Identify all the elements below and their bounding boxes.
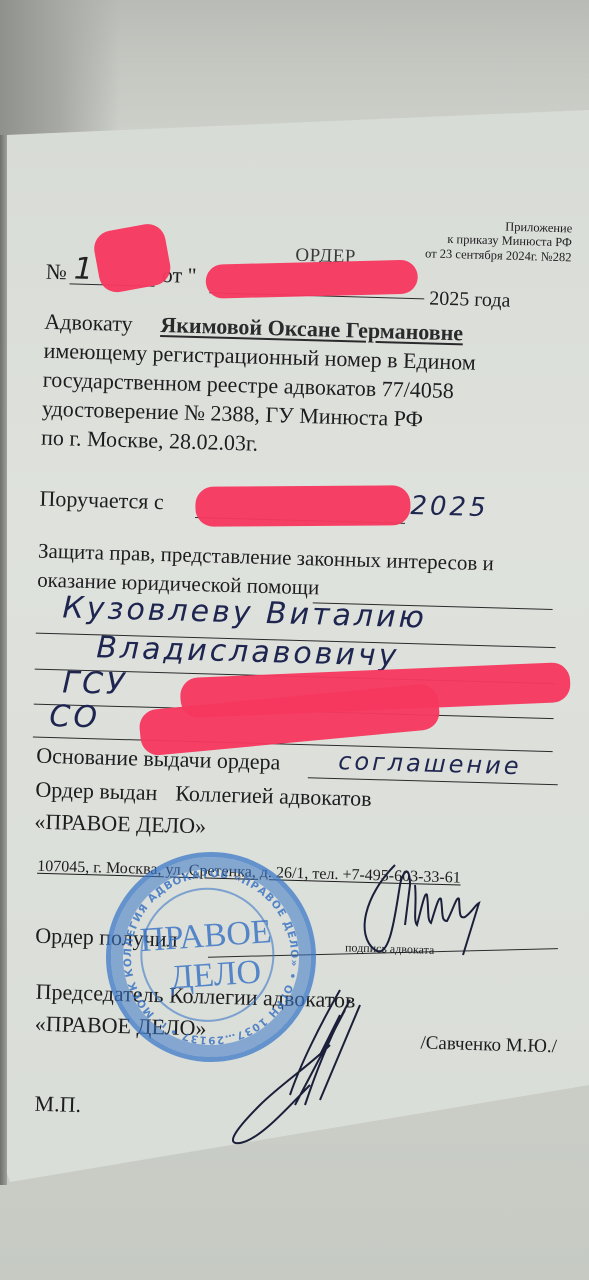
advocate-signature xyxy=(355,855,535,965)
redaction-date xyxy=(205,260,418,299)
issuer-org-line-1: Коллегией адвокатов xyxy=(175,783,372,810)
appendix-block: Приложение к приказу Минюста РФ от 23 се… xyxy=(425,217,573,264)
basis-handwritten-value: соглашение xyxy=(338,747,522,780)
handwritten-client-line-2: Владиславовичу xyxy=(96,630,400,673)
issuer-org-line-2: «ПРАВОЕ ДЕЛО» xyxy=(34,811,206,838)
assignment-handwritten-year: 2025 xyxy=(410,491,489,523)
issuer-label: Ордер выдан xyxy=(35,779,158,804)
basis-label: Основание выдачи ордера xyxy=(36,745,281,774)
handwritten-client-line-3: ГСУ xyxy=(62,665,128,702)
handwritten-client-line-4: СО xyxy=(49,699,101,735)
chairman-signature xyxy=(220,985,390,1150)
order-year-suffix: 2025 года xyxy=(429,288,511,310)
advocate-prefix: Адвокату xyxy=(44,311,133,335)
appendix-line-3: от 23 сентября 2024г. №282 xyxy=(425,246,572,264)
advocate-line-5: по г. Москве, 28.02.03г. xyxy=(41,427,258,455)
assignment-label: Поручается с xyxy=(39,488,164,513)
redaction-assignment-date xyxy=(195,485,410,526)
chairman-name: /Савченко М.Ю./ xyxy=(420,1034,557,1057)
order-number-value: 1 xyxy=(73,252,96,288)
handwritten-client-line-1: Кузовлеву Виталию xyxy=(62,590,427,635)
advocate-name: Якимовой Оксане Германовне xyxy=(160,314,463,344)
mp-label: М.П. xyxy=(34,1093,81,1116)
order-number-prefix: № xyxy=(46,261,68,284)
